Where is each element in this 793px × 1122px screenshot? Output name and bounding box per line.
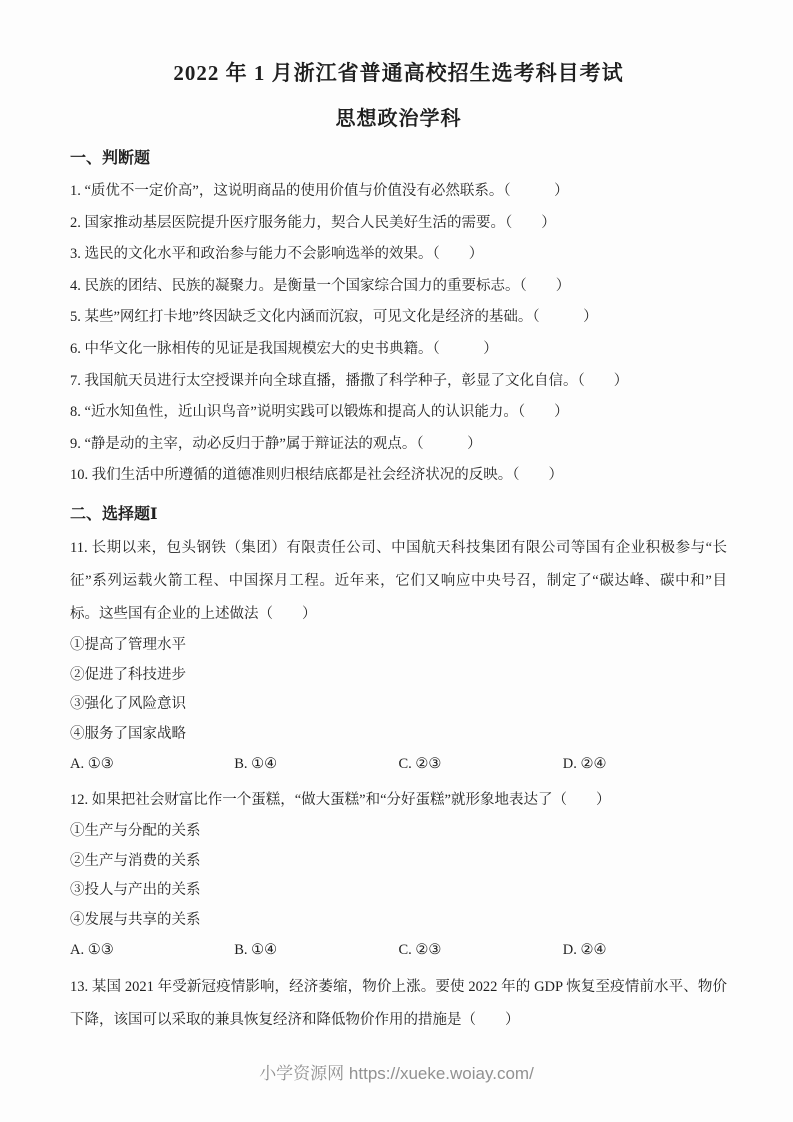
question-12-choice-d: D. ②④ bbox=[563, 935, 727, 965]
question-11-option-4: ④服务了国家战略 bbox=[70, 720, 727, 750]
question-12-options: ①生产与分配的关系 ②生产与消费的关系 ③投人与产出的关系 ④发展与共享的关系 bbox=[70, 817, 727, 935]
question-7: 7. 我国航天员进行太空授课并向全球直播，播撒了科学种子，彰显了文化自信。（ ） bbox=[70, 366, 727, 398]
question-12-option-3: ③投人与产出的关系 bbox=[70, 876, 727, 906]
question-12-option-2: ②生产与消费的关系 bbox=[70, 847, 727, 877]
question-9: 9. “静是动的主宰，动必反归于静”属于辩证法的观点。（ ） bbox=[70, 429, 727, 461]
watermark-footer: 小学资源网 https://xueke.woiay.com/ bbox=[0, 1062, 793, 1086]
question-12-stem: 12. 如果把社会财富比作一个蛋糕，“做大蛋糕”和“分好蛋糕”就形象地表达了（ … bbox=[70, 785, 727, 817]
question-6: 6. 中华文化一脉相传的见证是我国规模宏大的史书典籍。（ ） bbox=[70, 334, 727, 366]
question-11-stem: 11. 长期以来，包头钢铁（集团）有限责任公司、中国航天科技集团有限公司等国有企… bbox=[70, 532, 727, 631]
watermark-site-url: https://xueke.woiay.com/ bbox=[349, 1064, 534, 1083]
question-11-option-3: ③强化了风险意识 bbox=[70, 690, 727, 720]
question-11-choice-d: D. ②④ bbox=[563, 749, 727, 779]
question-3: 3. 选民的文化水平和政治参与能力不会影响选举的效果。（ ） bbox=[70, 239, 727, 271]
question-12-choice-a: A. ①③ bbox=[70, 935, 234, 965]
question-4: 4. 民族的团结、民族的凝聚力。是衡量一个国家综合国力的重要标志。（ ） bbox=[70, 271, 727, 303]
question-12-option-4: ④发展与共享的关系 bbox=[70, 906, 727, 936]
question-1: 1. “质优不一定价高”，这说明商品的使用价值与价值没有必然联系。（ ） bbox=[70, 176, 727, 208]
section-1-heading: 一、判断题 bbox=[70, 144, 727, 174]
question-13-stem: 13. 某国 2021 年受新冠疫情影响，经济萎缩，物价上涨。要使 2022 年… bbox=[70, 971, 727, 1037]
exam-page: 2022 年 1 月浙江省普通高校招生选考科目考试 思想政治学科 一、判断题 1… bbox=[0, 0, 793, 1122]
question-11-option-2: ②促进了科技进步 bbox=[70, 661, 727, 691]
question-10: 10. 我们生活中所遵循的道德准则归根结底都是社会经济状况的反映。（ ） bbox=[70, 460, 727, 492]
exam-subject: 思想政治学科 bbox=[70, 102, 727, 136]
section-2-heading: 二、选择题Ⅰ bbox=[70, 500, 727, 530]
question-11-option-1: ①提高了管理水平 bbox=[70, 631, 727, 661]
question-11-choice-c: C. ②③ bbox=[399, 749, 563, 779]
question-12-choices: A. ①③ B. ①④ C. ②③ D. ②④ bbox=[70, 935, 727, 965]
watermark-site-name: 小学资源网 bbox=[259, 1064, 344, 1083]
question-11-choices: A. ①③ B. ①④ C. ②③ D. ②④ bbox=[70, 749, 727, 779]
question-11-choice-b: B. ①④ bbox=[234, 749, 398, 779]
exam-title: 2022 年 1 月浙江省普通高校招生选考科目考试 bbox=[70, 56, 727, 90]
question-12-choice-b: B. ①④ bbox=[234, 935, 398, 965]
question-11-options: ①提高了管理水平 ②促进了科技进步 ③强化了风险意识 ④服务了国家战略 bbox=[70, 631, 727, 749]
question-12-option-1: ①生产与分配的关系 bbox=[70, 817, 727, 847]
question-11-choice-a: A. ①③ bbox=[70, 749, 234, 779]
question-2: 2. 国家推动基层医院提升医疗服务能力，契合人民美好生活的需要。（ ） bbox=[70, 208, 727, 240]
question-8: 8. “近水知鱼性，近山识鸟音”说明实践可以锻炼和提高人的认识能力。（ ） bbox=[70, 397, 727, 429]
question-12-choice-c: C. ②③ bbox=[399, 935, 563, 965]
question-5: 5. 某些”网红打卡地”终因缺乏文化内涵而沉寂，可见文化是经济的基础。（ ） bbox=[70, 302, 727, 334]
